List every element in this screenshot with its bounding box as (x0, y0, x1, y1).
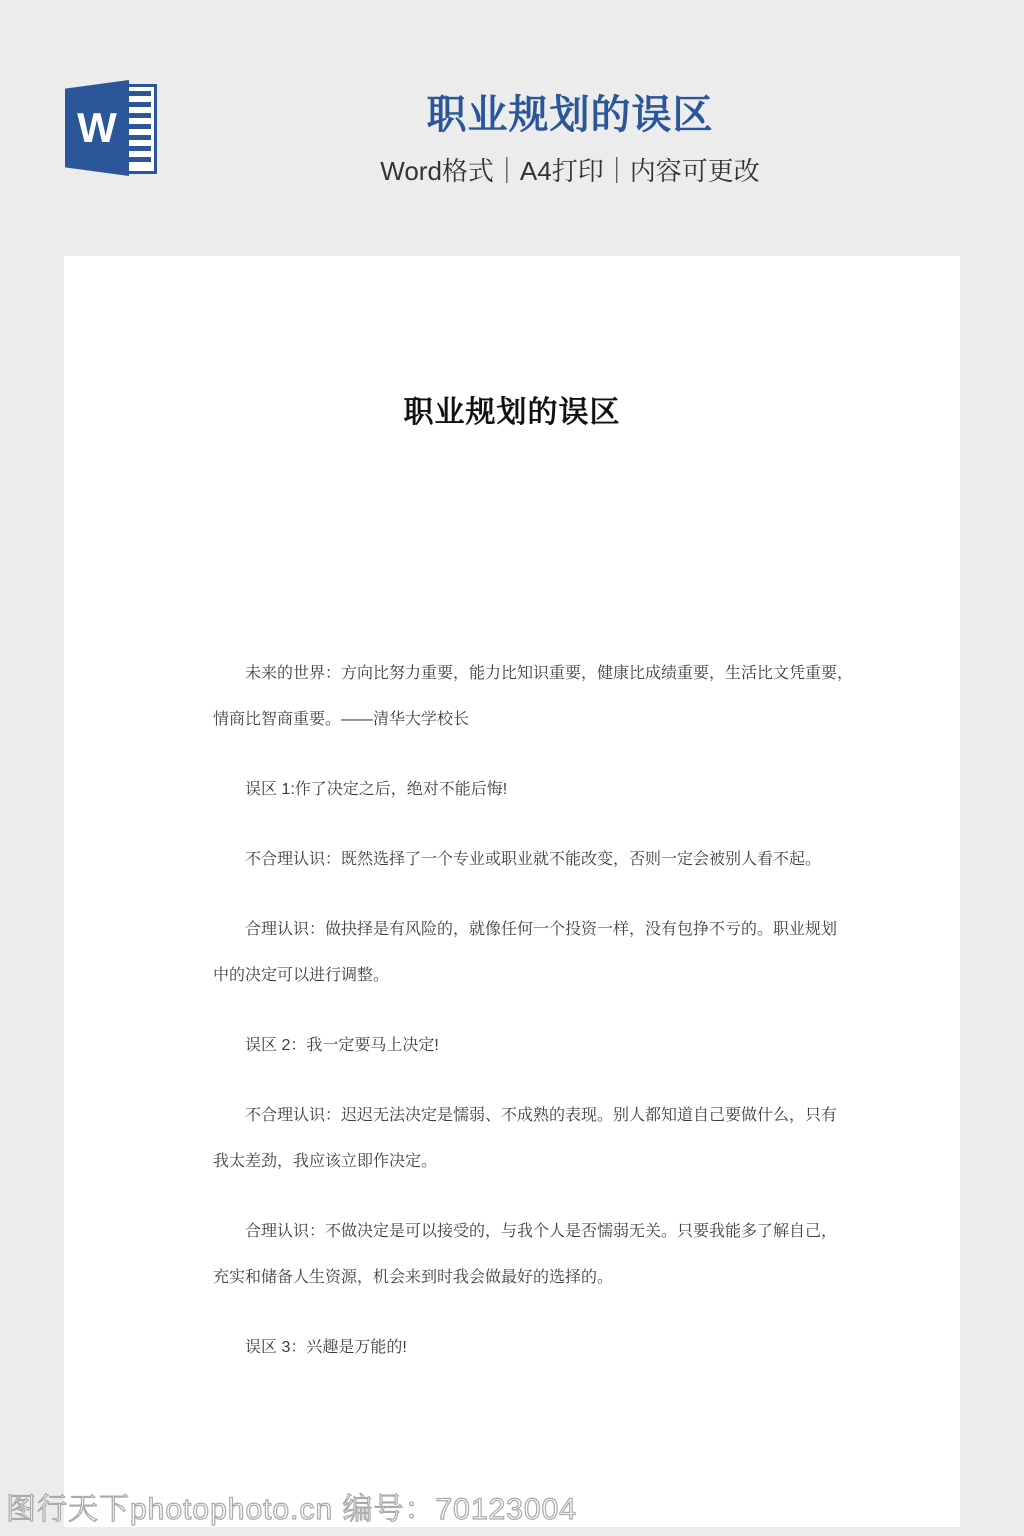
text-line: 未来的世界：方向比努力重要，能力比知识重要，健康比成绩重要，生活比文凭重要， (213, 651, 920, 697)
paragraph-intro: 未来的世界：方向比努力重要，能力比知识重要，健康比成绩重要，生活比文凭重要， 情… (213, 651, 920, 743)
paragraph-misconception-3: 误区 3：兴趣是万能的! (213, 1325, 920, 1371)
paragraph-reasonable-2: 合理认识：不做决定是可以接受的，与我个人是否懦弱无关。只要我能多了解自己， 充实… (213, 1209, 920, 1301)
paragraph-misconception-1: 误区 1:作了决定之后，绝对不能后悔! (213, 767, 920, 813)
text-line: 中的决定可以进行调整。 (213, 953, 920, 999)
text-line: 不合理认识：迟迟无法决定是懦弱、不成熟的表现。别人都知道自己要做什么，只有 (213, 1093, 920, 1139)
document-page: 职业规划的误区 未来的世界：方向比努力重要，能力比知识重要，健康比成绩重要，生活… (64, 256, 960, 1527)
text-line: 误区 3：兴趣是万能的! (213, 1325, 920, 1371)
text-line: 不合理认识：既然选择了一个专业或职业就不能改变，否则一定会被别人看不起。 (213, 837, 920, 883)
text-line: 情商比智商重要。——清华大学校长 (213, 697, 920, 743)
text-line: 合理认识：做抉择是有风险的，就像任何一个投资一样，没有包挣不亏的。职业规划 (213, 907, 920, 953)
document-body: 未来的世界：方向比努力重要，能力比知识重要，健康比成绩重要，生活比文凭重要， 情… (213, 651, 920, 1371)
word-logo-letter: W (77, 107, 117, 149)
paragraph-misconception-2: 误区 2：我一定要马上决定! (213, 1023, 920, 1069)
text-line: 误区 2：我一定要马上决定! (213, 1023, 920, 1069)
paragraph-unreasonable-1: 不合理认识：既然选择了一个专业或职业就不能改变，否则一定会被别人看不起。 (213, 837, 920, 883)
paragraph-unreasonable-2: 不合理认识：迟迟无法决定是懦弱、不成熟的表现。别人都知道自己要做什么，只有 我太… (213, 1093, 920, 1185)
header-title: 职业规划的误区 (116, 93, 1024, 137)
template-preview-screen: { "header": { "title": "职业规划的误区", "subti… (0, 0, 1024, 1536)
text-line: 误区 1:作了决定之后，绝对不能后悔! (213, 767, 920, 813)
site-watermark: 图行天下photophoto.cn 编号：70123004 (6, 1492, 577, 1528)
header-subtitle: Word格式｜A4打印｜内容可更改 (116, 156, 1024, 186)
text-line: 我太差劲，我应该立即作决定。 (213, 1139, 920, 1185)
document-title: 职业规划的误区 (64, 395, 960, 431)
text-line: 合理认识：不做决定是可以接受的，与我个人是否懦弱无关。只要我能多了解自己， (213, 1209, 920, 1255)
paragraph-reasonable-1: 合理认识：做抉择是有风险的，就像任何一个投资一样，没有包挣不亏的。职业规划 中的… (213, 907, 920, 999)
header: 职业规划的误区 Word格式｜A4打印｜内容可更改 (116, 93, 1024, 186)
text-line: 充实和储备人生资源，机会来到时我会做最好的选择的。 (213, 1255, 920, 1301)
